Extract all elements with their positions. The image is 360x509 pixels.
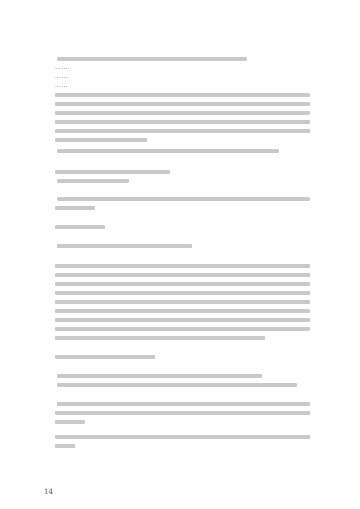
- dialogue-line: [text omitted]: [57, 146, 279, 155]
- paragraph-line: [text omitted]: [55, 279, 310, 288]
- dialogue-line: [text omitted]: [55, 408, 310, 417]
- paragraph-line: [text omitted]: [55, 135, 147, 144]
- dialogue-line: [text omitted]: [57, 241, 192, 250]
- dialogue-line: [text omitted]: [55, 203, 95, 212]
- paragraph-line: [text omitted]: [55, 90, 310, 99]
- dialogue-line: [text omitted]: [57, 194, 310, 203]
- document-page: [text omitted] …… …… …… [text omitted] […: [0, 0, 360, 509]
- paragraph-line: [text omitted]: [55, 324, 310, 333]
- dialogue-line: [text omitted]: [55, 222, 105, 231]
- paragraph-line: [text omitted]: [55, 315, 310, 324]
- separator: ……: [55, 63, 68, 72]
- paragraph-line: [text omitted]: [55, 297, 310, 306]
- dialogue-line: [text omitted]: [55, 417, 85, 426]
- paragraph-line: [text omitted]: [55, 432, 310, 441]
- paragraph-line: [text omitted]: [55, 126, 310, 135]
- paragraph-line: [text omitted]: [55, 99, 310, 108]
- paragraph-line: [text omitted]: [55, 288, 310, 297]
- separator: ……: [55, 72, 68, 81]
- dialogue-line: [text omitted]: [55, 167, 170, 176]
- paragraph-line: [text omitted]: [55, 261, 310, 270]
- paragraph-line: [text omitted]: [55, 108, 310, 117]
- dialogue-line: [text omitted]: [57, 176, 129, 185]
- dialogue-line: [text omitted]: [57, 371, 262, 380]
- paragraph-line: [text omitted]: [55, 270, 310, 279]
- paragraph-line: [text omitted]: [55, 117, 310, 126]
- dialogue-line: [text omitted]: [55, 352, 155, 361]
- page-number: 14: [44, 488, 53, 496]
- separator: ……: [55, 81, 68, 90]
- paragraph-line: [text omitted]: [55, 441, 75, 450]
- dialogue-line: [text omitted]: [57, 399, 310, 408]
- paragraph-line: [text omitted]: [55, 306, 310, 315]
- dialogue-line: [text omitted]: [57, 380, 297, 389]
- paragraph-line: [text omitted]: [55, 333, 265, 342]
- dialogue-line: [text omitted]: [57, 54, 247, 63]
